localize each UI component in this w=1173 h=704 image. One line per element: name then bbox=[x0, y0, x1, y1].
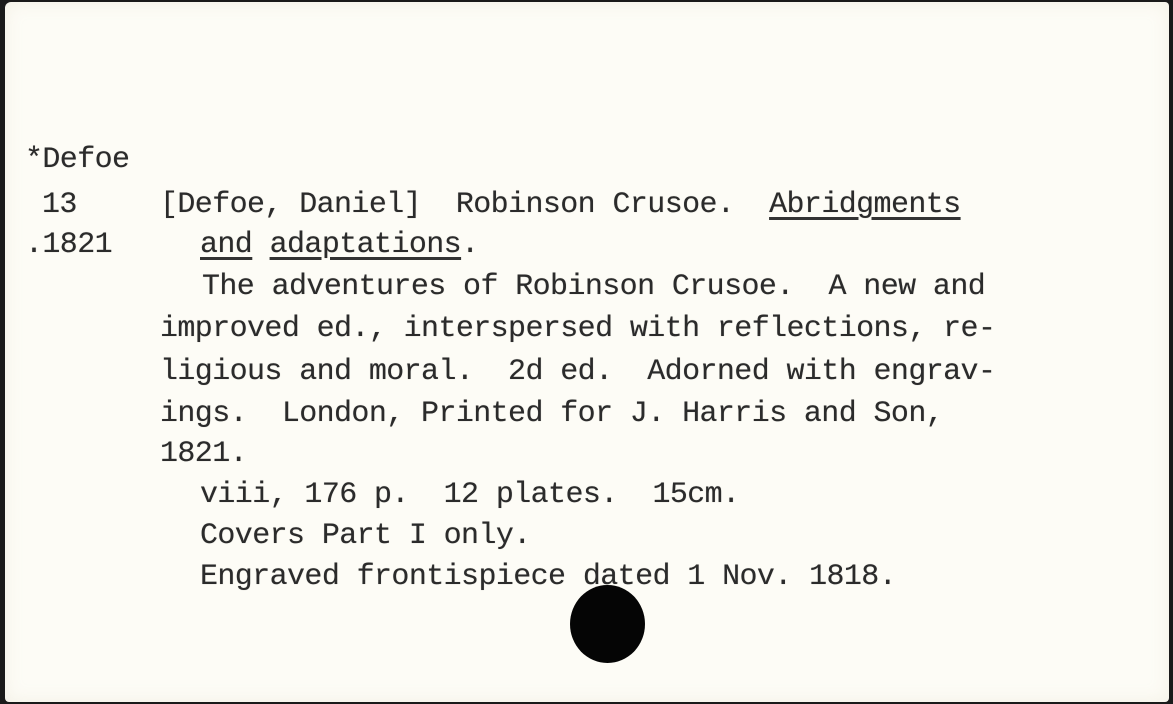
catalog-card: *Defoe 13 .1821 [Defoe, Daniel] Robinson… bbox=[5, 2, 1169, 702]
call-number-line-1: *Defoe bbox=[25, 145, 129, 175]
uniform-title: Robinson Crusoe. bbox=[456, 188, 734, 222]
heading-line: [Defoe, Daniel] Robinson Crusoe. Abridgm… bbox=[160, 190, 961, 220]
note-line-1: Covers Part I only. bbox=[200, 521, 531, 551]
subject-heading-part-2b: adaptations bbox=[270, 228, 461, 262]
note-line-2: Engraved frontispiece dated 1 Nov. 1818. bbox=[200, 562, 896, 592]
call-number-line-3: .1821 bbox=[25, 230, 112, 260]
punch-hole bbox=[570, 585, 645, 663]
body-line-4: ings. London, Printed for J. Harris and … bbox=[160, 399, 943, 429]
body-line-3: ligious and moral. 2d ed. Adorned with e… bbox=[160, 357, 995, 387]
subject-heading-part-1: Abridgments bbox=[769, 188, 960, 222]
body-line-5: 1821. bbox=[160, 439, 247, 469]
call-number-line-2: 13 bbox=[42, 190, 77, 220]
body-line-1: The adventures of Robinson Crusoe. A new… bbox=[202, 272, 985, 302]
collation-line: viii, 176 p. 12 plates. 15cm. bbox=[200, 480, 740, 510]
subject-heading-part-2a: and bbox=[200, 228, 252, 262]
subject-continuation: and adaptations. bbox=[200, 230, 478, 260]
body-line-2: improved ed., interspersed with reflecti… bbox=[160, 314, 995, 344]
author-name: [Defoe, Daniel] bbox=[160, 188, 421, 222]
subject-heading-end: . bbox=[461, 228, 478, 262]
